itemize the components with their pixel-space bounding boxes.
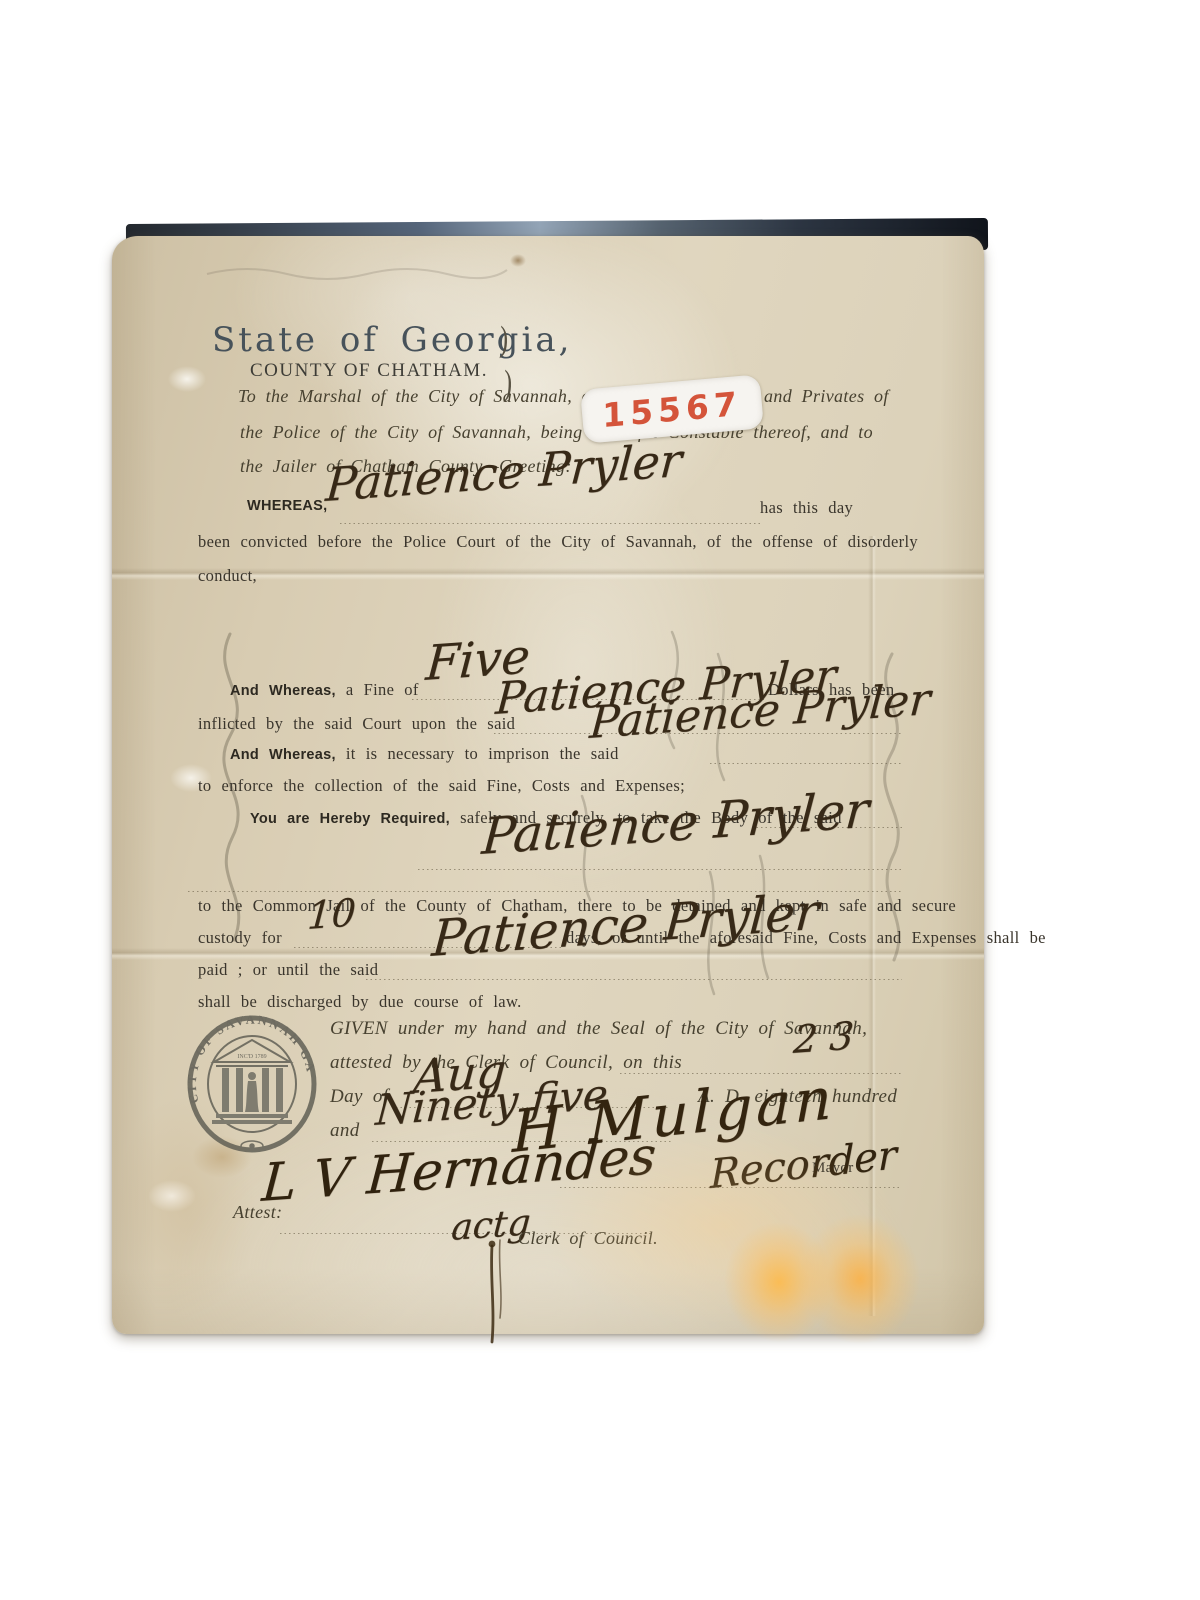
paper-spot [148,1180,196,1212]
stain-dot [510,254,526,267]
light-glare [724,1222,834,1342]
and-whereas-lead: And Whereas, [230,747,336,763]
handwritten-day: 2 3 [792,1013,855,1062]
fold-crease-vertical [868,536,876,1316]
address-line1-pre: To the Marshal of the City of Savannah, … [238,386,598,407]
address-line2: the Police of the City of Savannah, bein… [240,422,873,443]
and-label: and [330,1120,360,1142]
paid-until-line: paid ; or until the said [198,960,378,980]
whereas-label: WHEREAS, [247,498,327,514]
state-heading: State of Georgia, [212,320,572,360]
handwritten-name: Patience Pryler [324,433,684,512]
ink-drips [462,1234,542,1364]
custody-for: custody for [198,928,282,948]
convicted-line: been convicted before the Police Court o… [198,532,918,552]
address-line1-post: and Privates of [764,386,889,407]
dotted-rule [340,522,760,524]
seal-figure [245,1072,259,1112]
county-heading: COUNTY OF CHATHAM. [250,360,488,382]
and-whereas-lead: And Whereas, [230,683,336,699]
hereby-required-lead: You are Hereby Required, [250,811,450,827]
seal-pediment-text: INC'D 1789 [237,1054,266,1060]
photo-background: State of Georgia, COUNTY OF CHATHAM. ) )… [0,0,1200,1600]
fine-lead-rest: a Fine of [336,680,419,699]
dotted-rule [366,978,902,980]
imprison-lead-rest: it is necessary to imprison the said [336,744,619,763]
paper-spot [168,366,206,392]
given-line1: GIVEN under my hand and the Seal of the … [330,1018,867,1040]
enforce-line: to enforce the collection of the said Fi… [198,776,685,796]
conduct-line: conduct, [198,566,257,586]
light-glare [800,1214,920,1344]
city-of-savannah-seal: CITY OF SAVANNAH GA INC'D 1789 [178,1006,326,1158]
whereas-suffix: has this day [760,498,853,518]
dotted-rule [418,868,902,870]
clerk-of-council-label: Clerk of Council. [518,1228,658,1249]
sticker-number: 15567 [602,383,742,434]
inflicted-line: inflicted by the said Court upon the sai… [198,714,515,734]
dotted-rule [710,762,902,764]
handwritten-days: 10 [306,890,357,938]
warrant-document: State of Georgia, COUNTY OF CHATHAM. ) )… [112,236,984,1334]
